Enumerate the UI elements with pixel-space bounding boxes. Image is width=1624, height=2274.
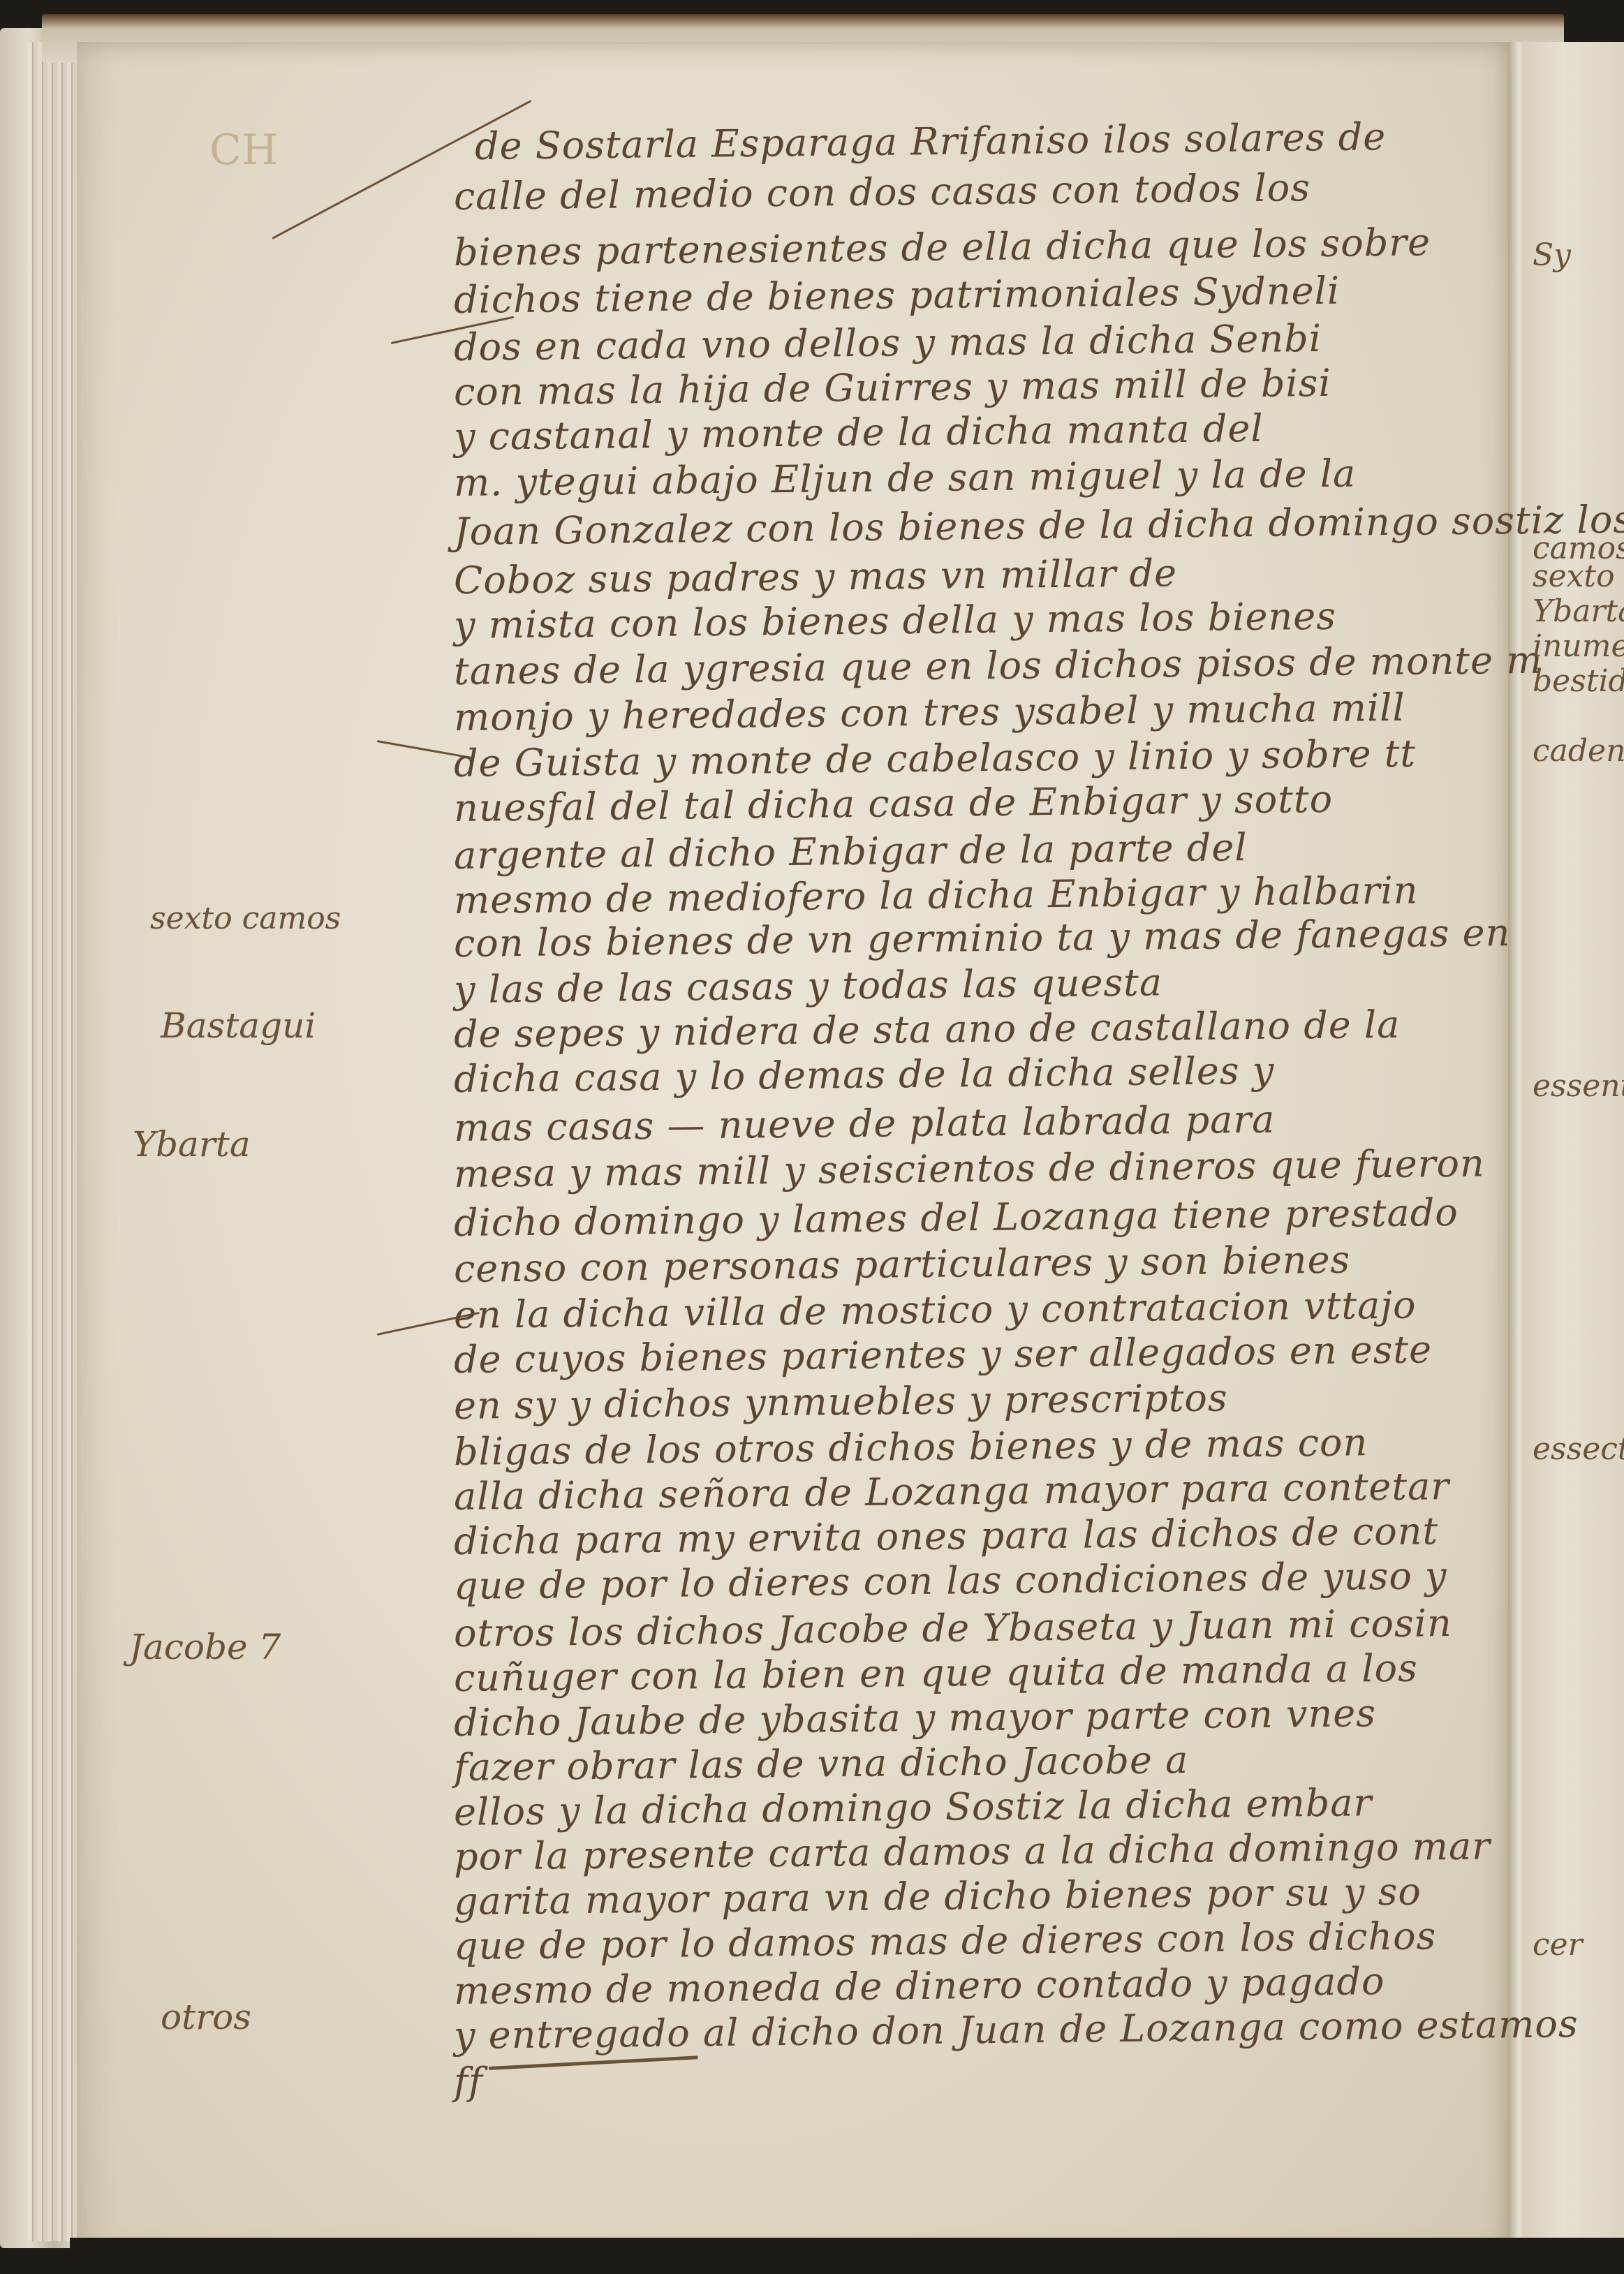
text-line: dos en cada vno dellos y mas la dicha Se… [454,316,1322,369]
right-fragment: essecta [1533,1431,1624,1467]
text-line: en sy y dichos ynmuebles y prescriptos [454,1375,1228,1428]
text-line: con mas la hija de Guirres y mas mill de… [454,361,1331,414]
text-line: argente al dicho Enbigar de la parte del [454,825,1248,878]
text-line: censo con personas particulares y son bi… [454,1238,1351,1291]
right-fragment: bestido [1533,663,1624,699]
adjacent-page [1522,42,1624,2255]
text-line: nuesfal del tal dicha casa de Enbigar y … [454,777,1334,830]
right-fragment: cer [1533,1927,1583,1963]
margin-note-bastagui: Bastagui [161,1005,316,1046]
text-line: dichos tiene de bienes patrimoniales Syd… [454,269,1341,322]
margin-note-jacobe: Jacobe 7 [129,1627,281,1667]
bottom-background [70,2238,1624,2274]
margin-note-sexto-camos: sexto camos [150,901,341,936]
page-stack-layers [28,42,77,2241]
right-fragment: Ybarta [1533,593,1624,629]
right-fragment: cadena [1533,733,1624,769]
faint-watermark: CH [209,126,278,175]
right-fragment: essento [1533,1068,1624,1104]
text-line: dicha casa y lo demas de la dicha selles… [454,1049,1275,1101]
text-line: y mista con los bienes della y mas los b… [454,594,1337,647]
text-line: Coboz sus padres y mas vn millar de [454,551,1178,603]
text-line: fazer obrar las de vna dicho Jacobe a [454,1738,1189,1789]
text-line: ff [454,2060,484,2104]
right-fragment: inumerable [1533,628,1624,664]
text-line: y las de las casas y todas las questa [454,960,1163,1012]
margin-note-otros: otros [161,1997,251,2037]
text-line: mas casas — nueve de plata labrada para [454,1098,1276,1150]
margin-note-ybarta: Ybarta [133,1124,251,1165]
right-fragment: sexto [1533,559,1615,594]
right-fragment: Sy [1533,237,1571,273]
text-line: y castanal y monte de la dicha manta del [454,406,1264,459]
text-line: calle del medio con dos casas con todos … [454,165,1311,219]
